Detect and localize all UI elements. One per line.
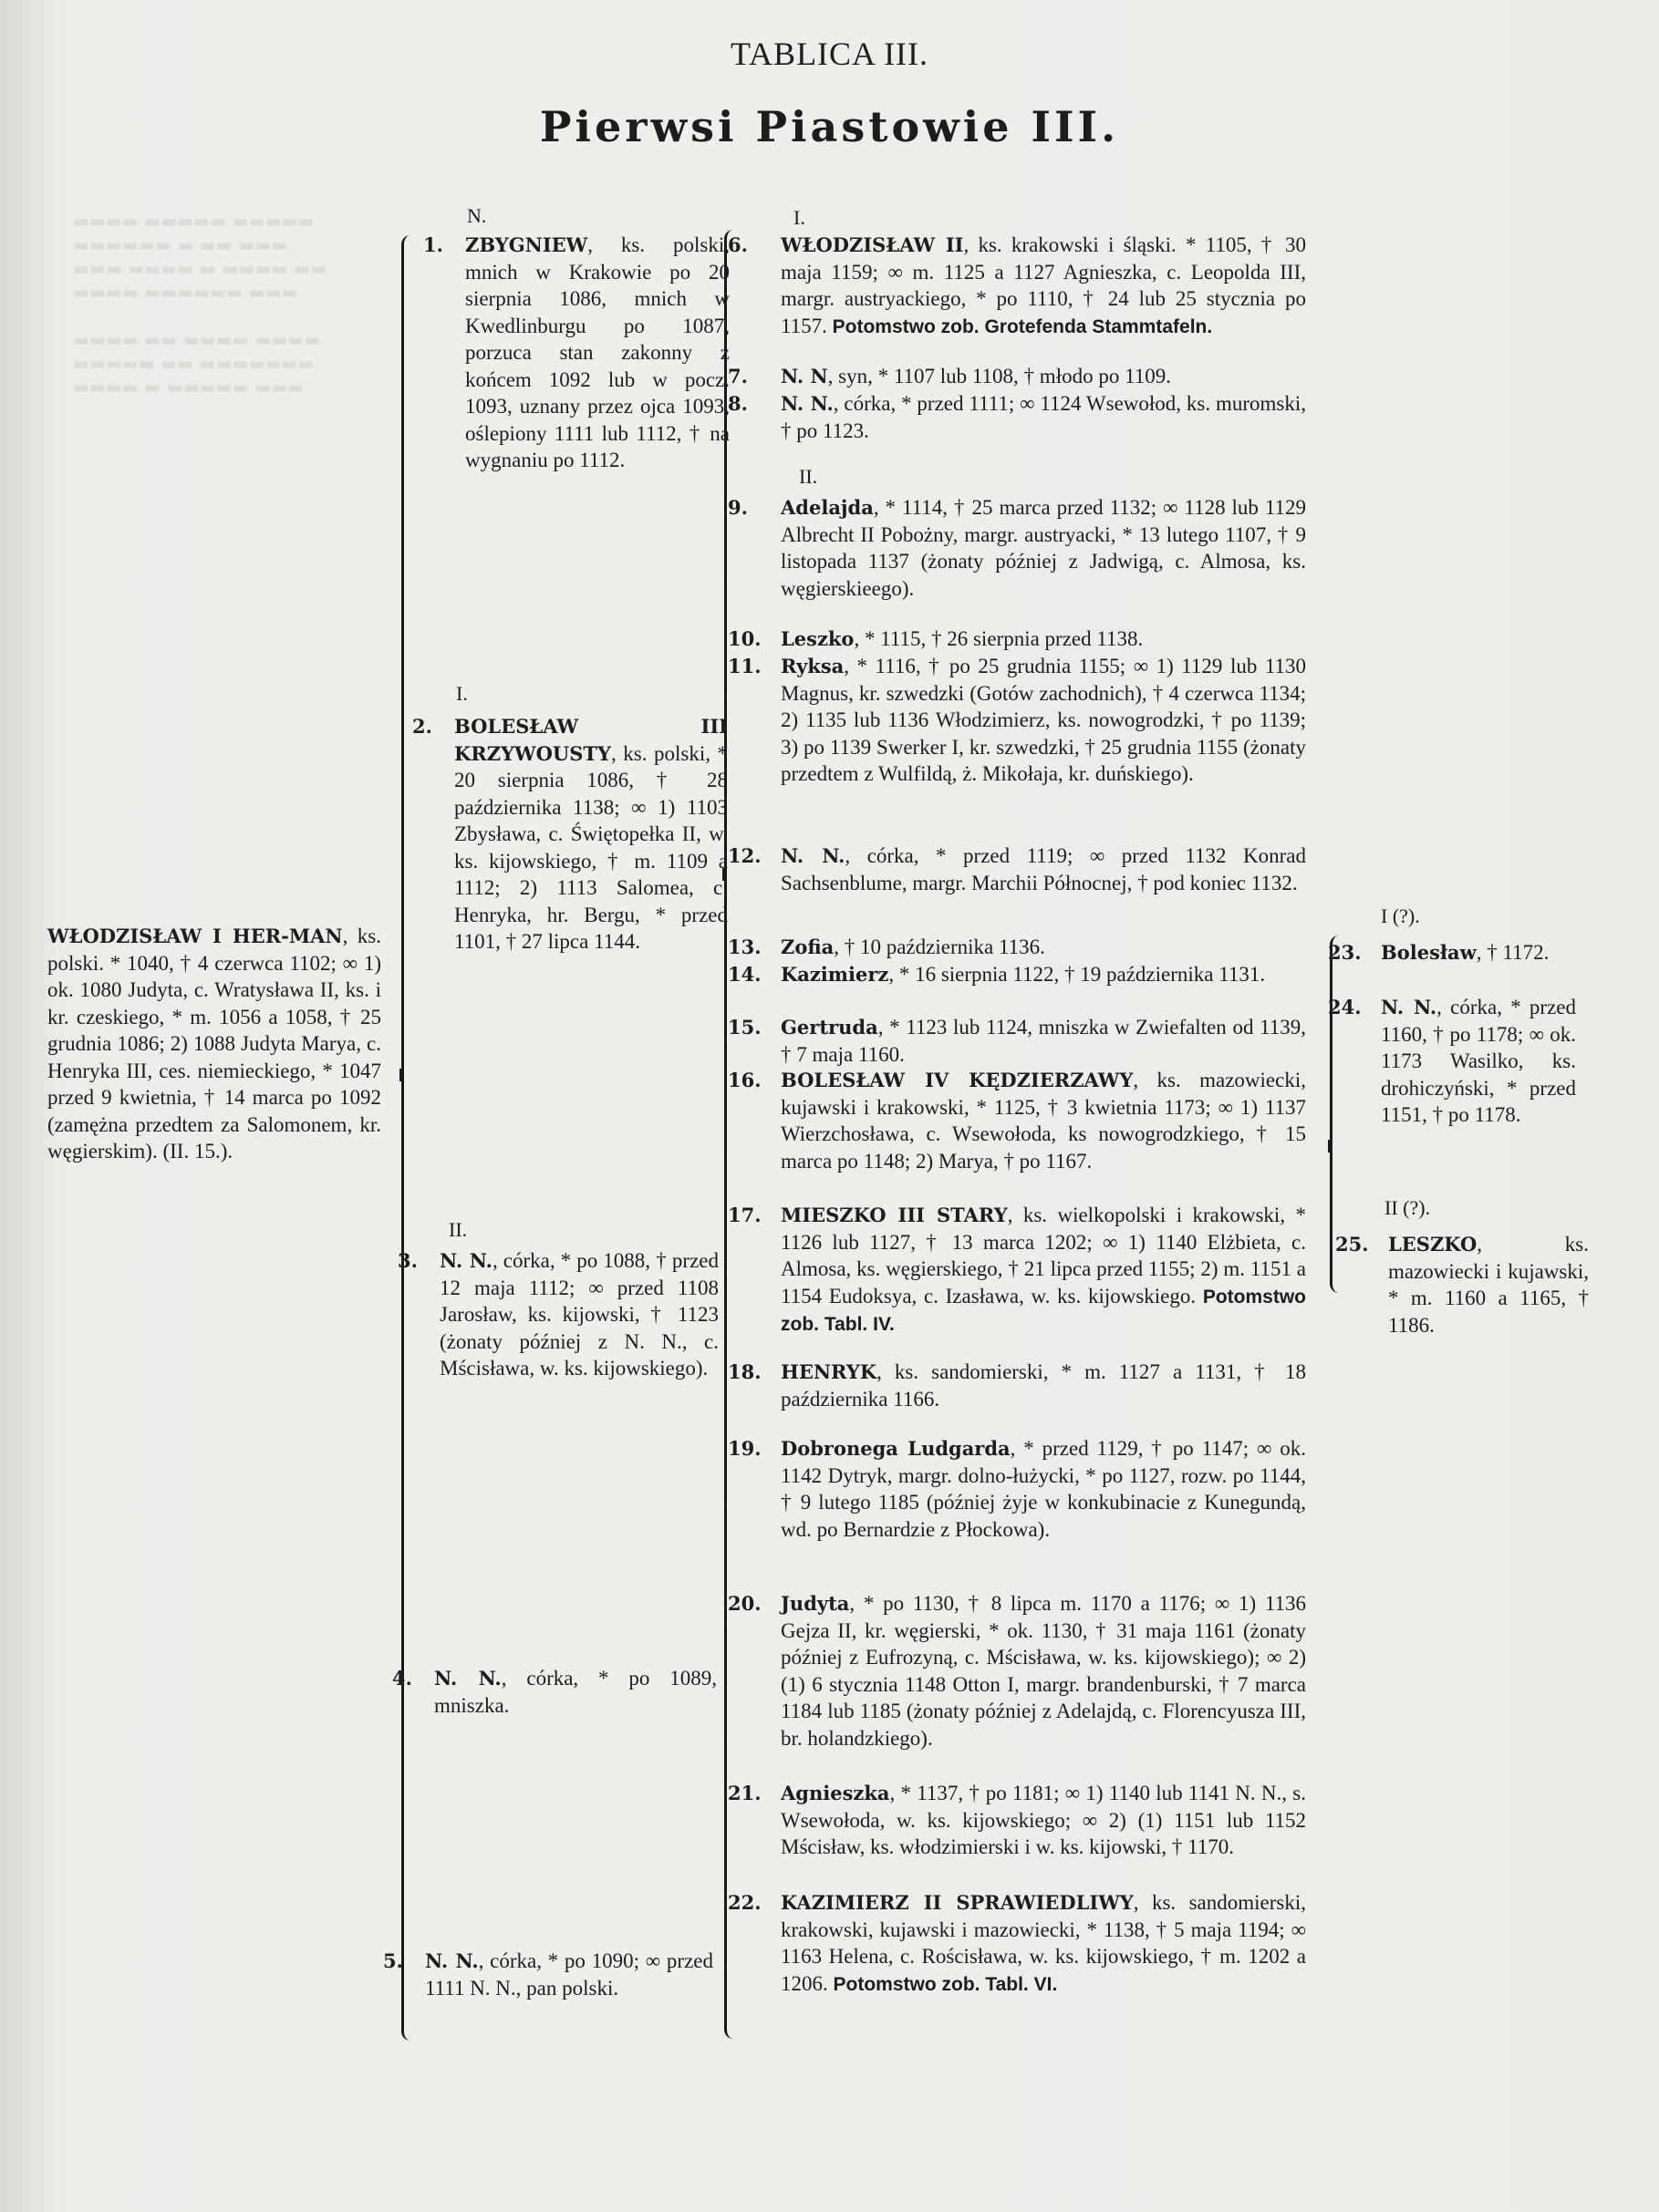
- entry-number: 16.: [728, 1067, 762, 1094]
- person-name: Kazimierz: [781, 963, 888, 986]
- person-name: Agnieszka: [781, 1782, 890, 1804]
- person-name: ZBYGNIEW: [465, 233, 587, 256]
- entry-number: 15.: [728, 1014, 762, 1041]
- person-text: , syn, * 1107 lub 1108, † młodo po 1109.: [828, 365, 1171, 388]
- root-name: WŁODZISŁAW I HER-MAN: [47, 925, 343, 947]
- person-text: , * 1116, † po 25 grudnia 1155; ∞ 1) 112…: [781, 655, 1306, 785]
- entry-number: 14.: [728, 961, 762, 988]
- person-entry: 21.Agnieszka, * 1137, † po 1181; ∞ 1) 11…: [781, 1780, 1306, 1862]
- person-entry: 15.Gertruda, * 1123 lub 1124, mniszka w …: [781, 1014, 1306, 1069]
- bracket-point: [390, 1069, 402, 1081]
- marriage-label-n: N.: [467, 204, 486, 228]
- marriage-label-ii: II.: [799, 465, 817, 489]
- page-title: Pierwsi Piastowie III.: [0, 102, 1659, 151]
- person-name: LESZKO: [1388, 1233, 1477, 1256]
- entry-number: 4.: [392, 1665, 412, 1692]
- entry-number: 2.: [412, 713, 432, 740]
- person-name: Leszko: [781, 627, 854, 650]
- person-entry: 10.Leszko, * 1115, † 26 sierpnia przed 1…: [781, 625, 1306, 654]
- person-entry: 11.Ryksa, * 1116, † po 25 grudnia 1155; …: [781, 653, 1306, 789]
- person-text: , * 1115, † 26 sierpnia przed 1138.: [854, 627, 1143, 650]
- person-entry: 18.HENRYK, ks. sandomierski, * m. 1127 a…: [781, 1359, 1306, 1413]
- person-entry-23: 23. Bolesław, † 1172.: [1381, 939, 1576, 966]
- person-name: N. N.: [781, 392, 834, 415]
- generation-bracket-grandchildren: [724, 239, 727, 2030]
- bracket-point: [713, 868, 725, 881]
- person-entry: 19.Dobronega Ludgarda, * przed 1129, † p…: [781, 1435, 1306, 1544]
- person-name: KAZIMIERZ II SPRAWIEDLIWY: [781, 1891, 1134, 1914]
- person-name: Gertruda: [781, 1016, 878, 1039]
- person-name: MIESZKO III STARY: [781, 1204, 1008, 1226]
- person-name: N. N.: [434, 1667, 502, 1690]
- person-text: , * 16 sierpnia 1122, † 19 października …: [888, 963, 1265, 986]
- person-entry: 20.Judyta, * po 1130, † 8 lipca m. 1170 …: [781, 1590, 1306, 1752]
- person-name: BOLESŁAW IV KĘDZIERZAWY: [781, 1069, 1133, 1091]
- bleed-through-text: ▬▬▬▬ ▬▬▬▬▬ ▬▬▬▬▬▬▬▬▬▬▬ ▬ ▬▬ ▬▬▬▬▬▬ ▬▬▬▬ …: [73, 210, 401, 399]
- person-name: Judyta: [781, 1592, 849, 1615]
- entry-number: 11.: [728, 653, 762, 680]
- person-entry-25: 25. LESZKO, ks. mazowiecki i kujawski, *…: [1388, 1231, 1589, 1339]
- person-name: Adelajda: [781, 496, 874, 519]
- root-entry: WŁODZISŁAW I HER-MAN, ks. polski. * 1040…: [47, 923, 381, 1165]
- entry-number: 10.: [728, 625, 762, 653]
- marriage-label-ii-uncertain: II (?).: [1384, 1196, 1430, 1220]
- person-name: WŁODZISŁAW II: [781, 233, 964, 256]
- person-text: , ks. polski, * 20 sierpnia 1086, † 28 p…: [454, 742, 728, 954]
- person-entry-4: 4. N. N., córka, * po 1089, mniszka.: [434, 1665, 717, 1719]
- entry-number: 1.: [423, 232, 443, 259]
- entry-number: 13.: [728, 934, 762, 961]
- person-entry-5: 5. N. N., córka, * po 1090; ∞ przed 1111…: [425, 1948, 713, 2001]
- marriage-label-i: I.: [793, 206, 805, 230]
- person-entry: 13.Zofia, † 10 października 1136.: [781, 934, 1306, 962]
- person-entry: 22.KAZIMIERZ II SPRAWIEDLIWY, ks. sandom…: [781, 1889, 1306, 1998]
- bracket-point: [1319, 1140, 1331, 1153]
- person-entry: 8.N. N., córka, * przed 1111; ∞ 1124 Wse…: [781, 390, 1306, 445]
- person-text: , † 10 października 1136.: [834, 935, 1045, 958]
- person-entry: 6.WŁODZISŁAW II, ks. krakowski i śląski.…: [781, 232, 1306, 340]
- entry-number: 3.: [398, 1247, 418, 1275]
- entry-number: 9.: [728, 494, 748, 522]
- table-label: TABLICA III.: [0, 35, 1659, 73]
- person-entry: 14.Kazimierz, * 16 sierpnia 1122, † 19 p…: [781, 961, 1306, 989]
- person-name: Zofia: [781, 935, 834, 958]
- person-entry: 16.BOLESŁAW IV KĘDZIERZAWY, ks. mazowiec…: [781, 1067, 1306, 1175]
- person-name: Ryksa: [781, 655, 844, 677]
- entry-number: 20.: [728, 1590, 762, 1618]
- marriage-label-i-uncertain: I (?).: [1381, 904, 1420, 928]
- marriage-label-i: I.: [456, 682, 468, 706]
- person-text: , † 1172.: [1477, 941, 1550, 964]
- entry-number: 18.: [728, 1359, 762, 1386]
- descendants-reference: Potomstwo zob. Grotefenda Stammtafeln.: [833, 316, 1213, 337]
- entry-number: 22.: [728, 1889, 762, 1917]
- person-name: N. N.: [1381, 996, 1436, 1018]
- marriage-label-ii: II.: [449, 1218, 467, 1242]
- generation-bracket-children: [401, 244, 404, 2031]
- person-text: , ks. polski, mnich w Krakowie po 20 sie…: [465, 233, 730, 471]
- person-entry: 9.Adelajda, * 1114, † 25 marca przed 113…: [781, 494, 1306, 603]
- entry-number: 12.: [728, 842, 762, 870]
- entry-number: 23.: [1328, 939, 1362, 966]
- person-text: , * po 1130, † 8 lipca m. 1170 a 1176; ∞…: [781, 1592, 1306, 1750]
- entry-number: 7.: [728, 363, 748, 390]
- entry-number: 21.: [728, 1780, 762, 1807]
- person-text: , córka, * przed 1111; ∞ 1124 Wsewołod, …: [781, 392, 1306, 442]
- person-text: , córka, * przed 1119; ∞ przed 1132 Konr…: [781, 844, 1306, 894]
- person-entry-24: 24. N. N., córka, * przed 1160, † po 117…: [1381, 994, 1576, 1129]
- person-name: N. N.: [425, 1949, 479, 1972]
- person-entry-2: 2. BOLESŁAW III KRZYWOUSTY, ks. polski, …: [454, 713, 728, 956]
- person-entry: 12.N. N., córka, * przed 1119; ∞ przed 1…: [781, 842, 1306, 897]
- person-name: Dobronega Ludgarda: [781, 1437, 1011, 1460]
- entry-number: 6.: [728, 232, 748, 259]
- entry-number: 8.: [728, 390, 748, 418]
- person-entry: 17.MIESZKO III STARY, ks. wielkopolski i…: [781, 1202, 1306, 1339]
- entry-number: 17.: [728, 1202, 762, 1229]
- person-name: Bolesław: [1381, 941, 1477, 964]
- person-name: HENRYK: [781, 1360, 876, 1383]
- entry-number: 19.: [728, 1435, 762, 1463]
- entry-number: 25.: [1335, 1231, 1369, 1258]
- descendants-reference: Potomstwo zob. Tabl. VI.: [834, 1974, 1058, 1995]
- person-entry-1: 1. ZBYGNIEW, ks. polski, mnich w Krakowi…: [465, 232, 730, 474]
- page-edge-shadow: [0, 0, 55, 2212]
- root-text: ks. polski. * 1040, † 4 czerwca 1102; ∞ …: [47, 925, 381, 1163]
- person-name: N. N: [781, 365, 828, 388]
- person-entry-3: 3. N. N., córka, * po 1088, † przed 12 m…: [440, 1247, 719, 1382]
- person-entry: 7.N. N, syn, * 1107 lub 1108, † młodo po…: [781, 363, 1306, 391]
- entry-number: 5.: [383, 1948, 403, 1975]
- entry-number: 24.: [1328, 994, 1362, 1021]
- person-name: N. N.: [781, 844, 845, 867]
- person-name: N. N.: [440, 1249, 493, 1272]
